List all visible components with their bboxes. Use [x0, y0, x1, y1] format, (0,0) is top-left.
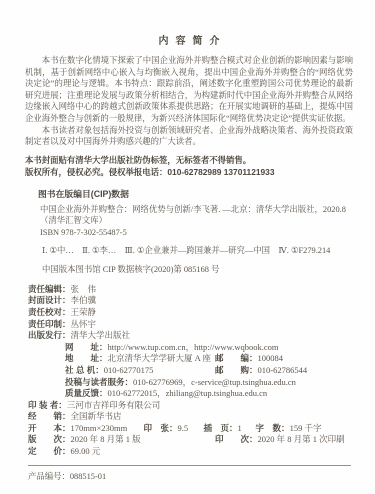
cover-designer-value: 李伯骥 [71, 295, 97, 305]
printer-value: 三河市吉祥印务有限公司 [67, 400, 161, 410]
reader-service-value: 010-62776969，c-service@tup.tsinghua.edu.… [133, 377, 296, 387]
proofreader-value: 王荣静 [71, 307, 97, 317]
distributor-label: 经 销： [28, 411, 71, 421]
imprint-block: 责任编辑：张 伟 封面设计：李伯骥 责任校对：王荣静 责任印制：丛怀宇 出版发行… [28, 284, 353, 458]
cip-isbn-line: ISBN 978-7-302-55487-5 [40, 227, 353, 238]
word-count-label: 字 数： [256, 423, 290, 433]
reader-service-row: 投稿与读者服务：010-62776969，c-service@tup.tsing… [28, 377, 353, 389]
switchboard-row: 社 总 机：010-62770175 邮 购：010-62786544 [28, 365, 353, 377]
impression-value: 2020 年 8 月第 1 次印刷 [258, 434, 345, 444]
cover-designer-label: 封面设计： [28, 295, 71, 305]
postcode-label: 邮 编： [215, 353, 258, 363]
divider-line [28, 465, 351, 466]
impression-label: 印 次： [215, 434, 258, 444]
managing-editor-label: 责任编辑： [28, 284, 71, 294]
quality-feedback-value: 010-62772015，zhiliang@tup.tsinghua.edu.c… [108, 388, 268, 398]
address-row: 地 址：北京清华大学学研大厦 A 座 邮 编：100084 [28, 353, 353, 365]
website-label: 网 址： [65, 342, 108, 352]
managing-editor-row: 责任编辑：张 伟 [28, 284, 353, 296]
cip-classification-line: Ⅰ. ①中… Ⅱ. ①李… Ⅲ. ①企业兼并—跨国兼并—研究—中国 Ⅳ. ①F2… [42, 245, 353, 256]
switchboard-label: 社 总 机： [65, 365, 104, 375]
proofreader-row: 责任校对：王荣静 [28, 307, 353, 319]
cip-title-line: 中国企业海外并购整合：网络优势与创新/李飞著. —北京：清华大学出版社，2020… [40, 204, 353, 215]
price-row: 定 价：69.00 元 [28, 446, 353, 458]
anti-counterfeit-notice: 本书封面贴有清华大学出版社防伪标签，无标签者不得销售。 [25, 154, 353, 166]
postcode-pair: 邮 编：100084 [215, 353, 283, 365]
website-row: 网 址：http://www.tup.com.cn，http://www.wqb… [28, 342, 353, 354]
copyright-notice: 版权所有，侵权必究。侵权举报电话：010-62782989 1370112193… [25, 166, 353, 178]
print-supervisor-label: 责任印制： [28, 319, 71, 329]
insert-label: 插 页： [204, 423, 238, 433]
format-row: 开 本：170mm×230mm印 张：9.5插 页：1字 数：159 千字 [28, 423, 353, 435]
format-label: 开 本： [28, 423, 71, 433]
intro-paragraph-1: 本书在数字化情境下探索了中国企业海外并购整合模式对企业创新的影响因素与影响机制，… [25, 55, 353, 125]
sheets-value: 9.5 [178, 423, 192, 435]
insert-value: 1 [238, 423, 244, 435]
print-supervisor-value: 丛怀宇 [71, 319, 97, 329]
address-value: 北京清华大学学研大厦 A 座 [108, 353, 211, 363]
mail-order-label: 邮 购： [215, 365, 258, 375]
edition-label: 版 次： [28, 434, 71, 444]
printer-label: 印 装 者： [28, 400, 67, 410]
impression-pair: 印 次：2020 年 8 月第 1 次印刷 [215, 434, 345, 446]
cip-body: 中国企业海外并购整合：网络优势与创新/李飞著. —北京：清华大学出版社，2020… [40, 204, 353, 238]
postcode-value: 100084 [258, 353, 284, 363]
quality-feedback-row: 质量反馈：010-62772015，zhiliang@tup.tsinghua.… [28, 388, 353, 400]
printer-row: 印 装 者：三河市吉祥印务有限公司 [28, 400, 353, 412]
mail-order-value: 010-62786544 [258, 365, 308, 375]
product-number: 产品编号：088515-01 [28, 471, 353, 482]
intro-paragraph-2: 本书读者对象包括海外投资与创新领域研究者、企业海外战略决策者、海外投资政策制定者… [25, 125, 353, 148]
publisher-row: 出版发行：清华大学出版社 [28, 330, 353, 342]
quality-feedback-label: 质量反馈： [65, 388, 108, 398]
price-value: 69.00 元 [71, 446, 101, 456]
edition-row: 版 次：2020 年 8 月第 1 版 印 次：2020 年 8 月第 1 次印… [28, 434, 353, 446]
sheets-label: 印 张： [144, 423, 178, 433]
mail-order-pair: 邮 购：010-62786544 [215, 365, 307, 377]
price-label: 定 价： [28, 446, 71, 456]
cip-series-line: （清华汇智文库） [40, 215, 353, 226]
switchboard-value: 010-62770175 [104, 365, 154, 375]
address-label: 地 址： [65, 353, 108, 363]
website-value: http://www.tup.com.cn，http://www.wqbook.… [108, 342, 279, 352]
proofreader-label: 责任校对： [28, 307, 71, 317]
cip-record-number: 中国版本图书馆 CIP 数据核字(2020)第 085168 号 [42, 264, 353, 275]
print-supervisor-row: 责任印制：丛怀宇 [28, 319, 353, 331]
publisher-label: 出版发行： [28, 330, 71, 340]
cip-section-header: 图书在版编目(CIP)数据 [38, 188, 353, 200]
distributor-row: 经 销：全国新华书店 [28, 411, 353, 423]
word-count-value: 159 千字 [290, 423, 322, 433]
notice-block: 本书封面贴有清华大学出版社防伪标签，无标签者不得销售。 版权所有，侵权必究。侵权… [25, 154, 353, 178]
distributor-value: 全国新华书店 [71, 411, 122, 421]
edition-value: 2020 年 8 月第 1 版 [71, 434, 141, 444]
publisher-name: 清华大学出版社 [71, 330, 131, 340]
book-copyright-page: 内容简介 本书在数字化情境下探索了中国企业海外并购整合模式对企业创新的影响因素与… [0, 0, 375, 494]
cover-designer-row: 封面设计：李伯骥 [28, 295, 353, 307]
format-value: 170mm×230mm [71, 423, 133, 435]
page-title: 内容简介 [25, 32, 353, 47]
managing-editor-value: 张 伟 [71, 284, 97, 294]
reader-service-label: 投稿与读者服务： [65, 377, 133, 387]
